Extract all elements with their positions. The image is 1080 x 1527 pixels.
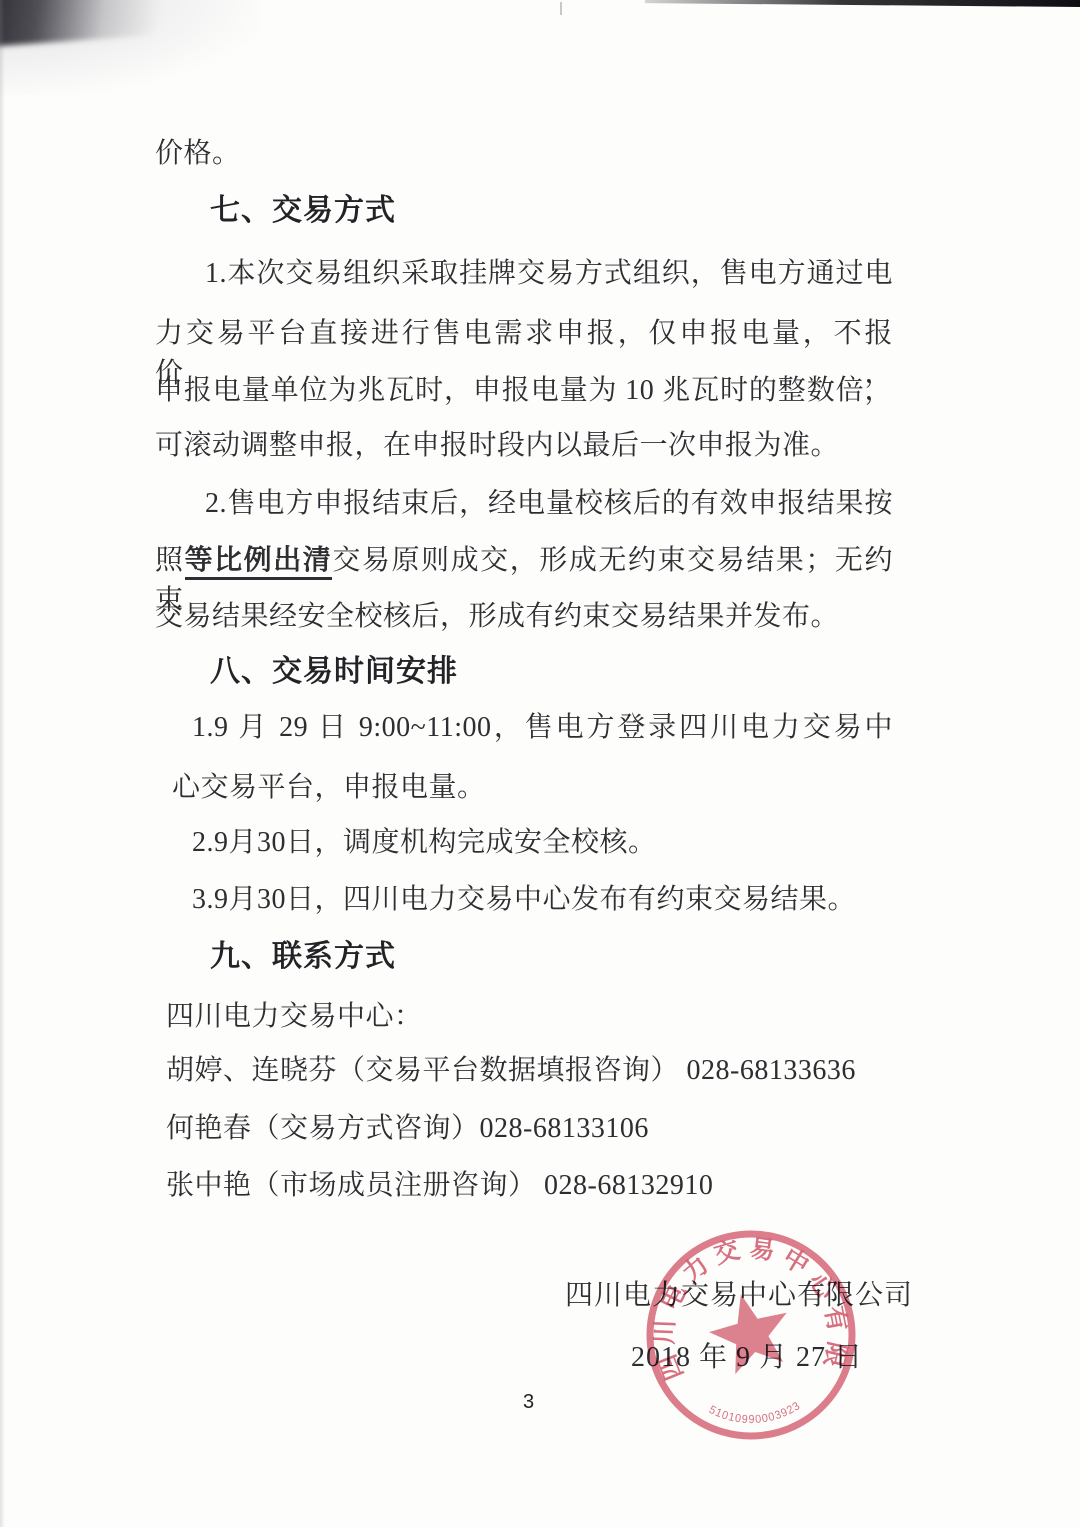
- contact-line-1: 胡婷、连晓芬（交易平台数据填报咨询） 028-68133636: [166, 1051, 856, 1091]
- scan-top-tick-artifact: [560, 2, 562, 15]
- sec7-para2-line3: 交易结果经安全校核后，形成有约束交易结果并发布。: [155, 597, 839, 637]
- sec8-item1-line2: 心交易平台，申报电量。: [172, 768, 486, 808]
- official-seal: 四川电力交易中心有限公司 51010990003923: [640, 1226, 862, 1448]
- section-7-heading: 七、交易方式: [210, 191, 396, 231]
- sec8-item2: 2.9月30日，调度机构完成安全校核。: [192, 823, 657, 863]
- contact-line-2: 何艳春（交易方式咨询）028-68133106: [166, 1109, 649, 1149]
- section-9-heading: 九、联系方式: [210, 937, 396, 977]
- page-number: 3: [523, 1391, 534, 1414]
- para2-pre-text: 照: [155, 545, 185, 576]
- scan-left-edge-shadow: [0, 0, 5, 1527]
- lead-fragment: 价格。: [155, 134, 241, 174]
- star-icon: [705, 1290, 792, 1377]
- sec8-item3: 3.9月30日，四川电力交易中心发布有约束交易结果。: [192, 880, 856, 920]
- sec7-para1-line1: 1.本次交易组织采取挂牌交易方式组织，售电方通过电: [155, 254, 893, 294]
- document-page: 价格。 七、交易方式 1.本次交易组织采取挂牌交易方式组织，售电方通过电 力交易…: [0, 0, 1080, 1527]
- contact-org-line: 四川电力交易中心：: [166, 997, 423, 1037]
- sec7-para2-line1: 2.售电方申报结束后，经电量校核后的有效申报结果按: [155, 484, 893, 524]
- section-8-heading: 八、交易时间安排: [210, 652, 458, 692]
- sec7-para1-line4: 可滚动调整申报，在申报时段内以最后一次申报为准。: [155, 426, 839, 466]
- sec7-para1-line3: 申报电量单位为兆瓦时，申报电量为 10 兆瓦时的整数倍，: [155, 371, 893, 411]
- contact-line-3: 张中艳（市场成员注册咨询） 028-68132910: [166, 1166, 713, 1206]
- scan-top-edge-artifact: [645, 0, 1080, 7]
- sec8-item1-line1: 1.9 月 29 日 9:00~11:00，售电方登录四川电力交易中: [155, 708, 893, 748]
- emphasized-underlined-term: 等比例出清: [185, 545, 333, 580]
